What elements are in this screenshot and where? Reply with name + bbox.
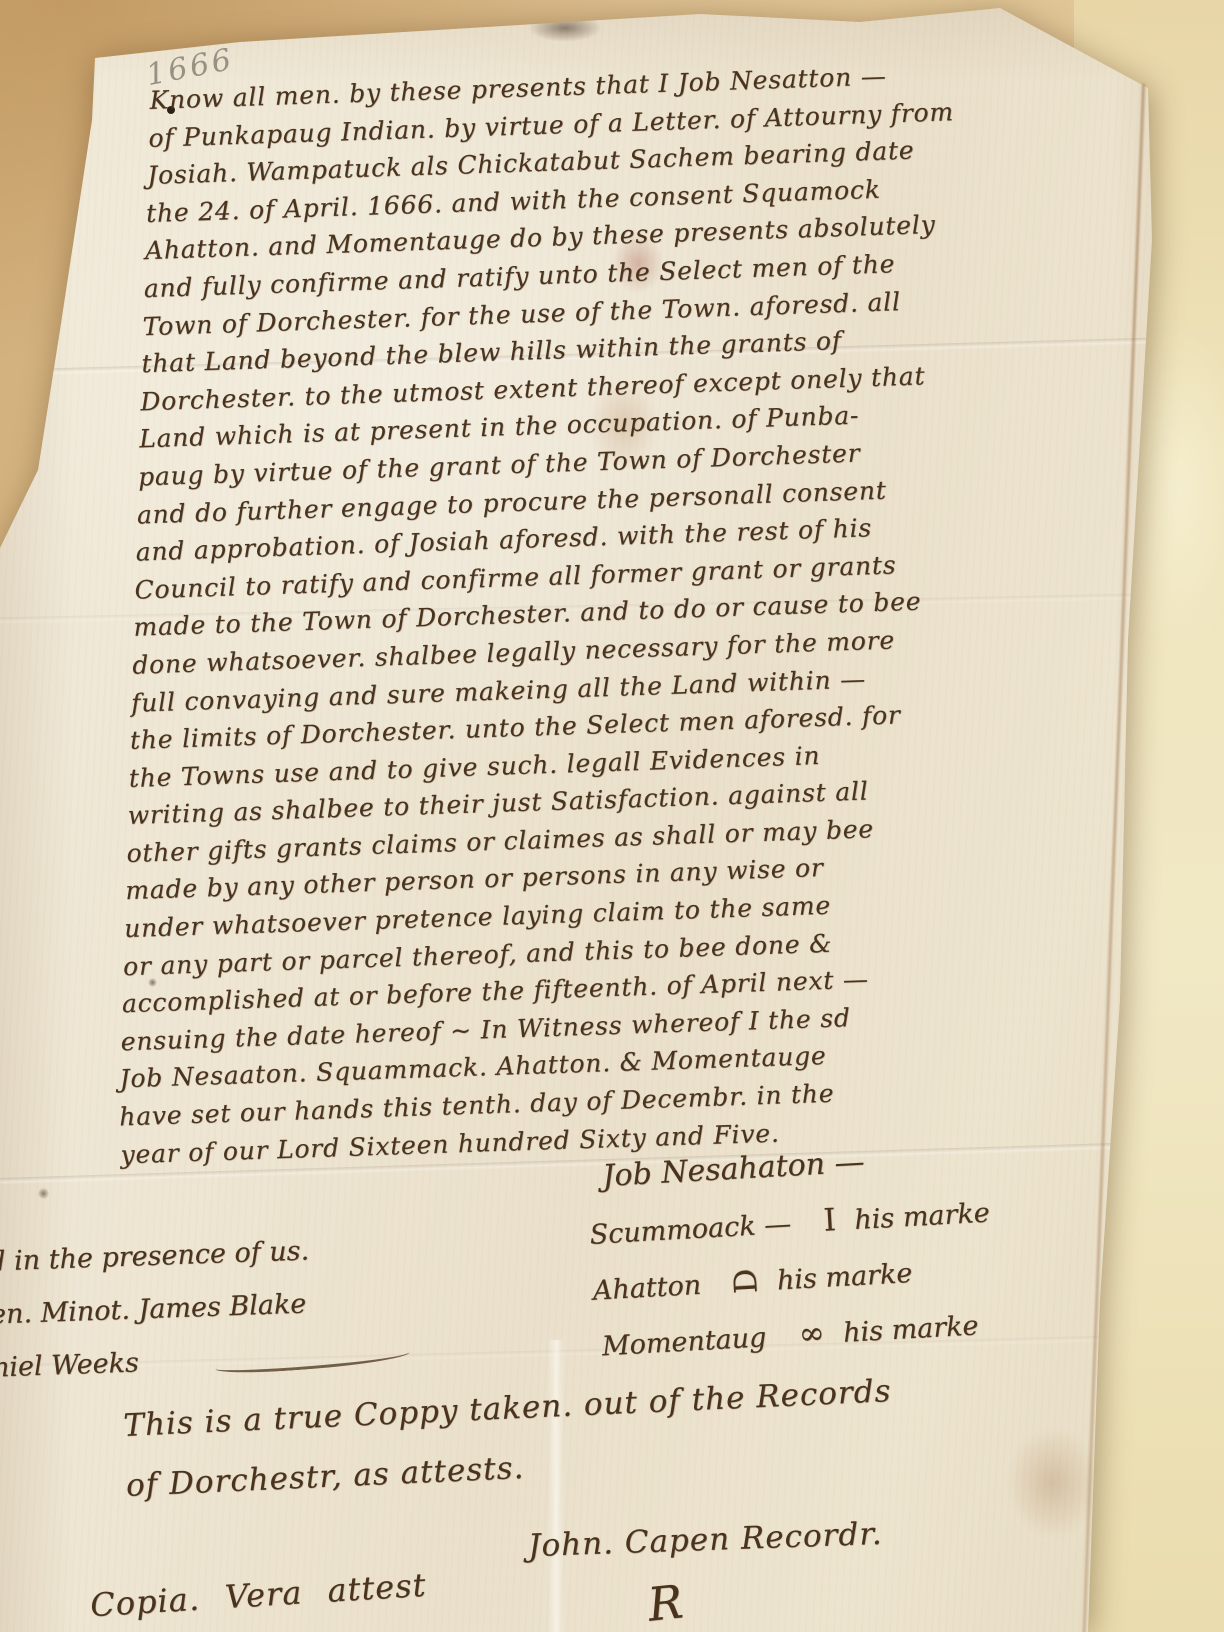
signer-marks: Job Nesahaton — Scummoack — I his marke … xyxy=(585,1128,997,1374)
signer-name: Momentaug xyxy=(601,1322,767,1362)
recorder-signature: John. Capen Recordr. xyxy=(527,1516,883,1564)
signer-mark-glyph: I xyxy=(822,1192,837,1249)
paper-sheet: 1666 Know all men. by these presents tha… xyxy=(0,0,1224,1632)
his-marke-label xyxy=(873,1144,875,1179)
copia-vera-line: Copia. Vera attest xyxy=(89,1566,427,1624)
signer-mark-glyph: ∞ xyxy=(797,1305,826,1362)
his-marke-label: his marke xyxy=(854,1198,991,1237)
signer-name: Ahatton xyxy=(592,1270,702,1307)
manuscript-page: 1666 Know all men. by these presents tha… xyxy=(0,0,1224,1632)
document-photo: 1666 Know all men. by these presents tha… xyxy=(0,0,1224,1632)
signer-name: Scummoack — xyxy=(589,1209,792,1251)
signer-mark-glyph: D xyxy=(717,1267,774,1295)
stain xyxy=(528,14,602,42)
stain xyxy=(38,1188,49,1199)
witness-line: en. Minot. James Blake xyxy=(0,1277,312,1341)
his-marke-label: his marke xyxy=(776,1258,913,1297)
signer-name: Job Nesahaton — xyxy=(602,1144,866,1194)
his-marke-label: his marke xyxy=(842,1310,979,1349)
cut-off-signature-fragment: R xyxy=(645,1574,685,1631)
deed-body-text: Know all men. by these presents that I J… xyxy=(85,52,1101,1174)
